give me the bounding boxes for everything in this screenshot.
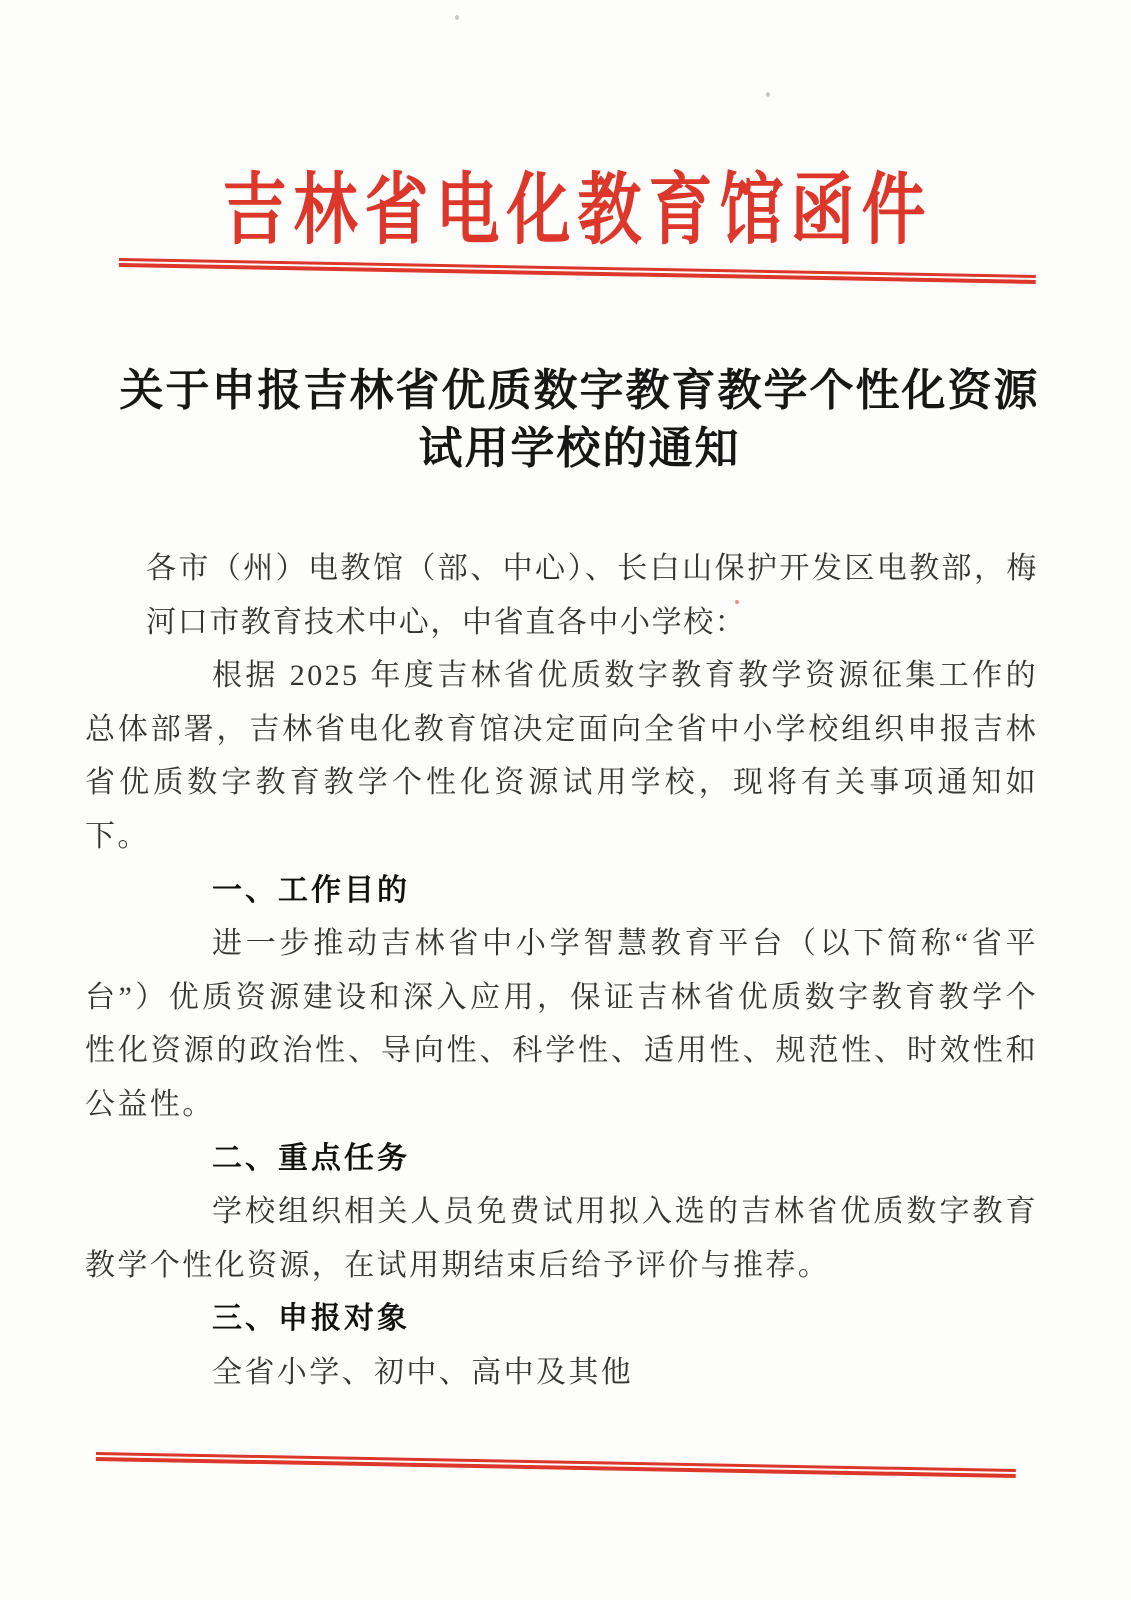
document-title-line-1: 关于申报吉林省优质数字教育教学个性化资源 (120, 365, 1040, 416)
section-2-heading: 二、重点任务 (85, 1132, 1038, 1186)
section-1-heading: 一、工作目的 (85, 864, 1038, 918)
scanned-document-page: 吉林省电化教育馆函件 关于申报吉林省优质数字教育教学个性化资源 试用学校的通知 … (0, 0, 1131, 1600)
section-3-heading: 三、申报对象 (85, 1292, 1038, 1346)
salutation-paragraph: 各市（州）电教馆（部、中心）、长白山保护开发区电教部，梅河口市教育技术中心，中省… (146, 542, 1038, 649)
document-title-line-2: 试用学校的通知 (419, 423, 741, 474)
section-3-paragraph: 全省小学、初中、高中及其他 (85, 1346, 1038, 1400)
footer-double-rule (96, 1452, 1016, 1478)
scan-speck (766, 92, 770, 97)
section-1-paragraph: 进一步推动吉林省中小学智慧教育平台（以下简称“省平台”）优质资源建设和深入应用，… (85, 917, 1038, 1131)
document-title: 关于申报吉林省优质数字教育教学个性化资源 试用学校的通知 (14, 362, 1131, 478)
letterhead-title: 吉林省电化教育馆函件 (12, 150, 1131, 272)
document-body: 各市（州）电教馆（部、中心）、长白山保护开发区电教部，梅河口市教育技术中心，中省… (85, 542, 1038, 1400)
section-2-paragraph: 学校组织相关人员免费试用拟入选的吉林省优质数字教育教学个性化资源，在试用期结束后… (85, 1185, 1038, 1292)
scan-speck (455, 15, 459, 20)
intro-paragraph: 根据 2025 年度吉林省优质数字教育教学资源征集工作的总体部署，吉林省电化教育… (85, 649, 1038, 863)
